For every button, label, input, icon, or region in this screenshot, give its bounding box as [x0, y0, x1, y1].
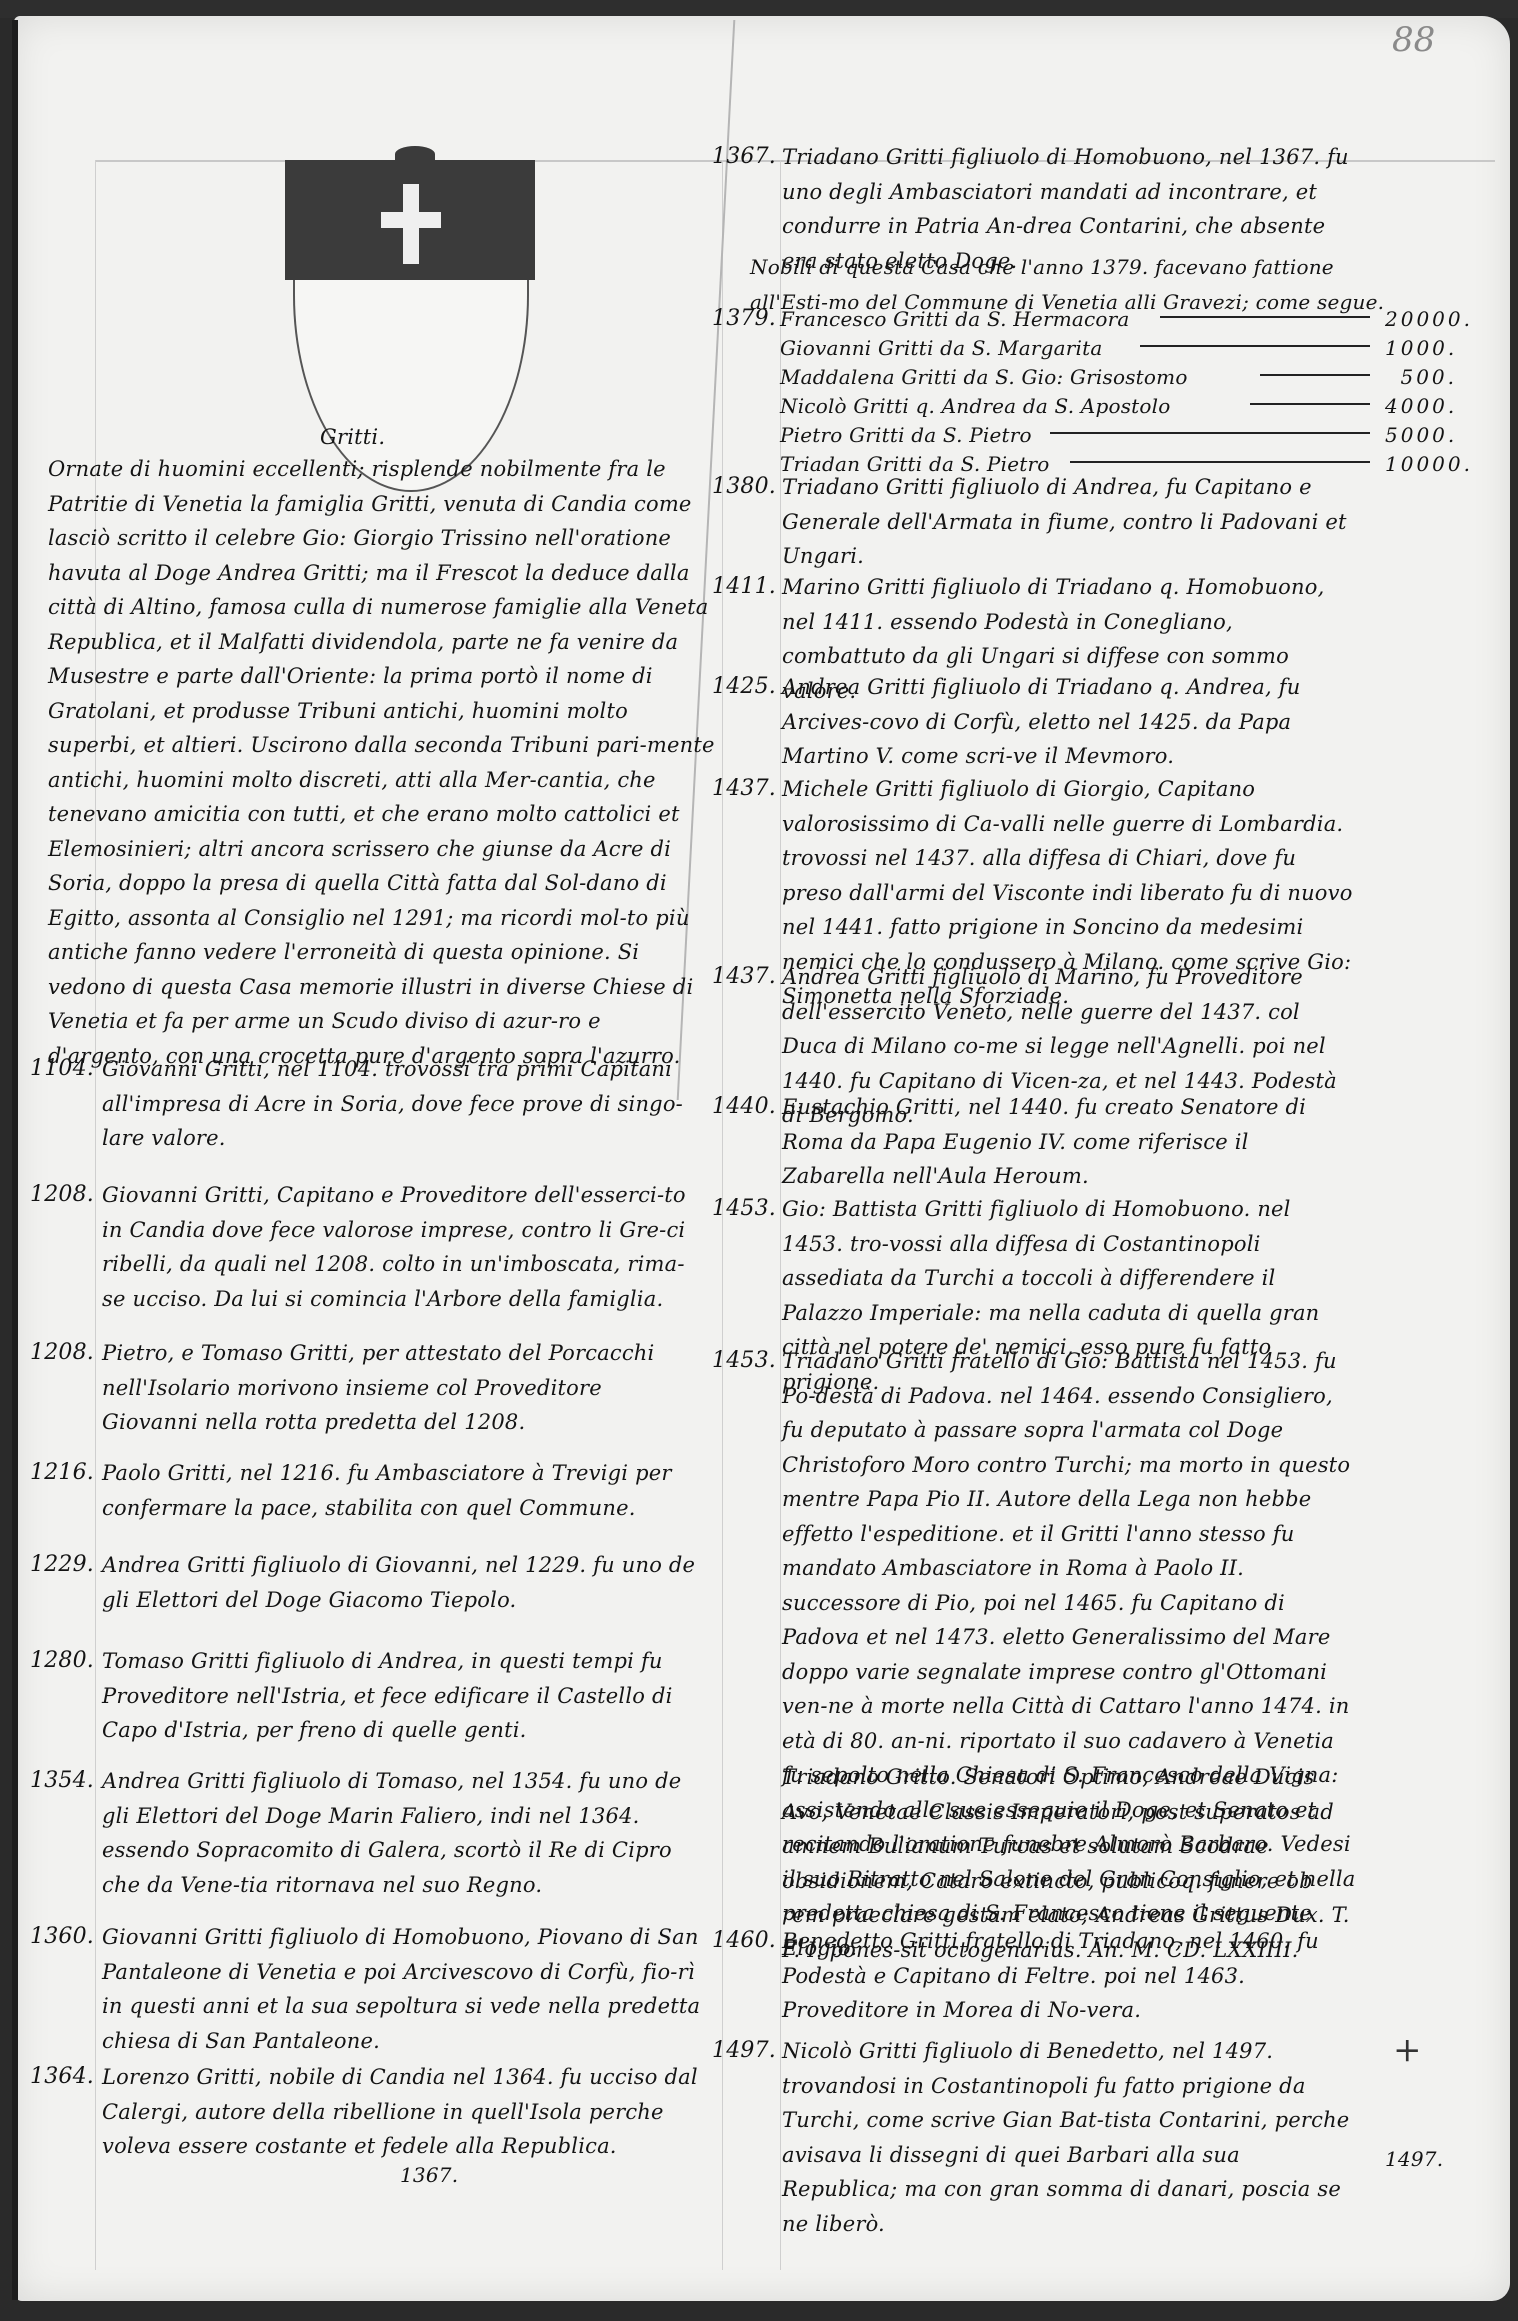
- estimo-row: Maddalena Gritti da S. Gio: Grisostomo 5…: [780, 360, 1400, 389]
- entry-year: 1453.: [712, 1192, 782, 1227]
- entry-year: 1360.: [30, 1920, 100, 1955]
- catchword-right: 1497.: [1385, 2142, 1443, 2177]
- entry-year: 1364.: [30, 2060, 100, 2095]
- entry-year: 1425.: [712, 670, 782, 705]
- catchword-left: 1367.: [400, 2158, 458, 2193]
- leader-line: [1140, 345, 1370, 347]
- entry-year: 1208.: [30, 1336, 100, 1371]
- entry-text: Andrea Gritti figliuolo di Tomaso, nel 1…: [102, 1764, 702, 1902]
- entry-text: Pietro, e Tomaso Gritti, per attestato d…: [102, 1336, 702, 1440]
- entry-year: 1354.: [30, 1764, 100, 1799]
- estimo-row: Francesco Gritti da S. Hermacora 20000.: [780, 302, 1400, 331]
- family-title: Gritti.: [320, 420, 385, 455]
- entry-text: Nicolò Gritti figliuolo di Benedetto, ne…: [782, 2034, 1357, 2241]
- entry-text: Triadano Gritti figliuolo di Andrea, fu …: [782, 470, 1357, 574]
- folio-number: 88: [1392, 20, 1435, 60]
- entry-text: Paolo Gritti, nel 1216. fu Ambasciatore …: [102, 1456, 702, 1525]
- entry-text: Lorenzo Gritti, nobile di Candia nel 136…: [102, 2060, 702, 2164]
- entry-year: 1453.: [712, 1344, 782, 1379]
- leader-line: [1050, 432, 1370, 434]
- entry-year: 1440.: [712, 1090, 782, 1125]
- binding-edge: [12, 20, 18, 2300]
- leader-line: [1160, 316, 1370, 318]
- entry-year: 1460.: [712, 1924, 782, 1959]
- leader-line: [1260, 374, 1370, 376]
- entry-text: Eustachio Gritti, nel 1440. fu creato Se…: [782, 1090, 1357, 1194]
- estimo-year: 1379.: [712, 302, 776, 337]
- margin-cross-mark: +: [1393, 2030, 1422, 2070]
- entry-year: 1437.: [712, 772, 782, 807]
- leader-line: [1070, 461, 1370, 463]
- entry-text: Benedetto Gritti fratello di Triadano, n…: [782, 1924, 1357, 2028]
- entry-year: 1411.: [712, 570, 782, 605]
- estimo-table: Francesco Gritti da S. Hermacora 20000. …: [780, 302, 1400, 476]
- estimo-amount: 10000.: [1385, 447, 1457, 482]
- estimo-row: Nicolò Gritti q. Andrea da S. Apostolo 4…: [780, 389, 1400, 418]
- entry-year: 1216.: [30, 1456, 100, 1491]
- entry-year: 1497.: [712, 2034, 782, 2069]
- intro-paragraph: Ornate di huomini eccellenti; risplende …: [48, 452, 718, 1073]
- entry-year: 1380.: [712, 470, 782, 505]
- entry-text: Andrea Gritti figliuolo di Triadano q. A…: [782, 670, 1357, 774]
- entry-year: 1367.: [712, 140, 782, 175]
- entry-year: 1208.: [30, 1178, 100, 1213]
- leader-line: [1250, 403, 1370, 405]
- cross-icon: [381, 184, 441, 264]
- estimo-row: Pietro Gritti da S. Pietro 5000.: [780, 418, 1400, 447]
- shield-chief-azure: [285, 160, 535, 280]
- entry-year: 1437.: [712, 960, 782, 995]
- estimo-row: Giovanni Gritti da S. Margarita 1000.: [780, 331, 1400, 360]
- entry-year: 1280.: [30, 1644, 100, 1679]
- entry-text: Giovanni Gritti figliuolo di Homobuono, …: [102, 1920, 702, 2058]
- entry-year: 1104.: [30, 1052, 100, 1087]
- entry-text: Giovanni Gritti, Capitano e Proveditore …: [102, 1178, 702, 1316]
- entry-year: 1229.: [30, 1548, 100, 1583]
- entry-text: Andrea Gritti figliuolo di Giovanni, nel…: [102, 1548, 702, 1617]
- entry-text: Tomaso Gritti figliuolo di Andrea, in qu…: [102, 1644, 702, 1748]
- entry-text: Giovanni Gritti, nel 1104. trovossi tra …: [102, 1052, 702, 1156]
